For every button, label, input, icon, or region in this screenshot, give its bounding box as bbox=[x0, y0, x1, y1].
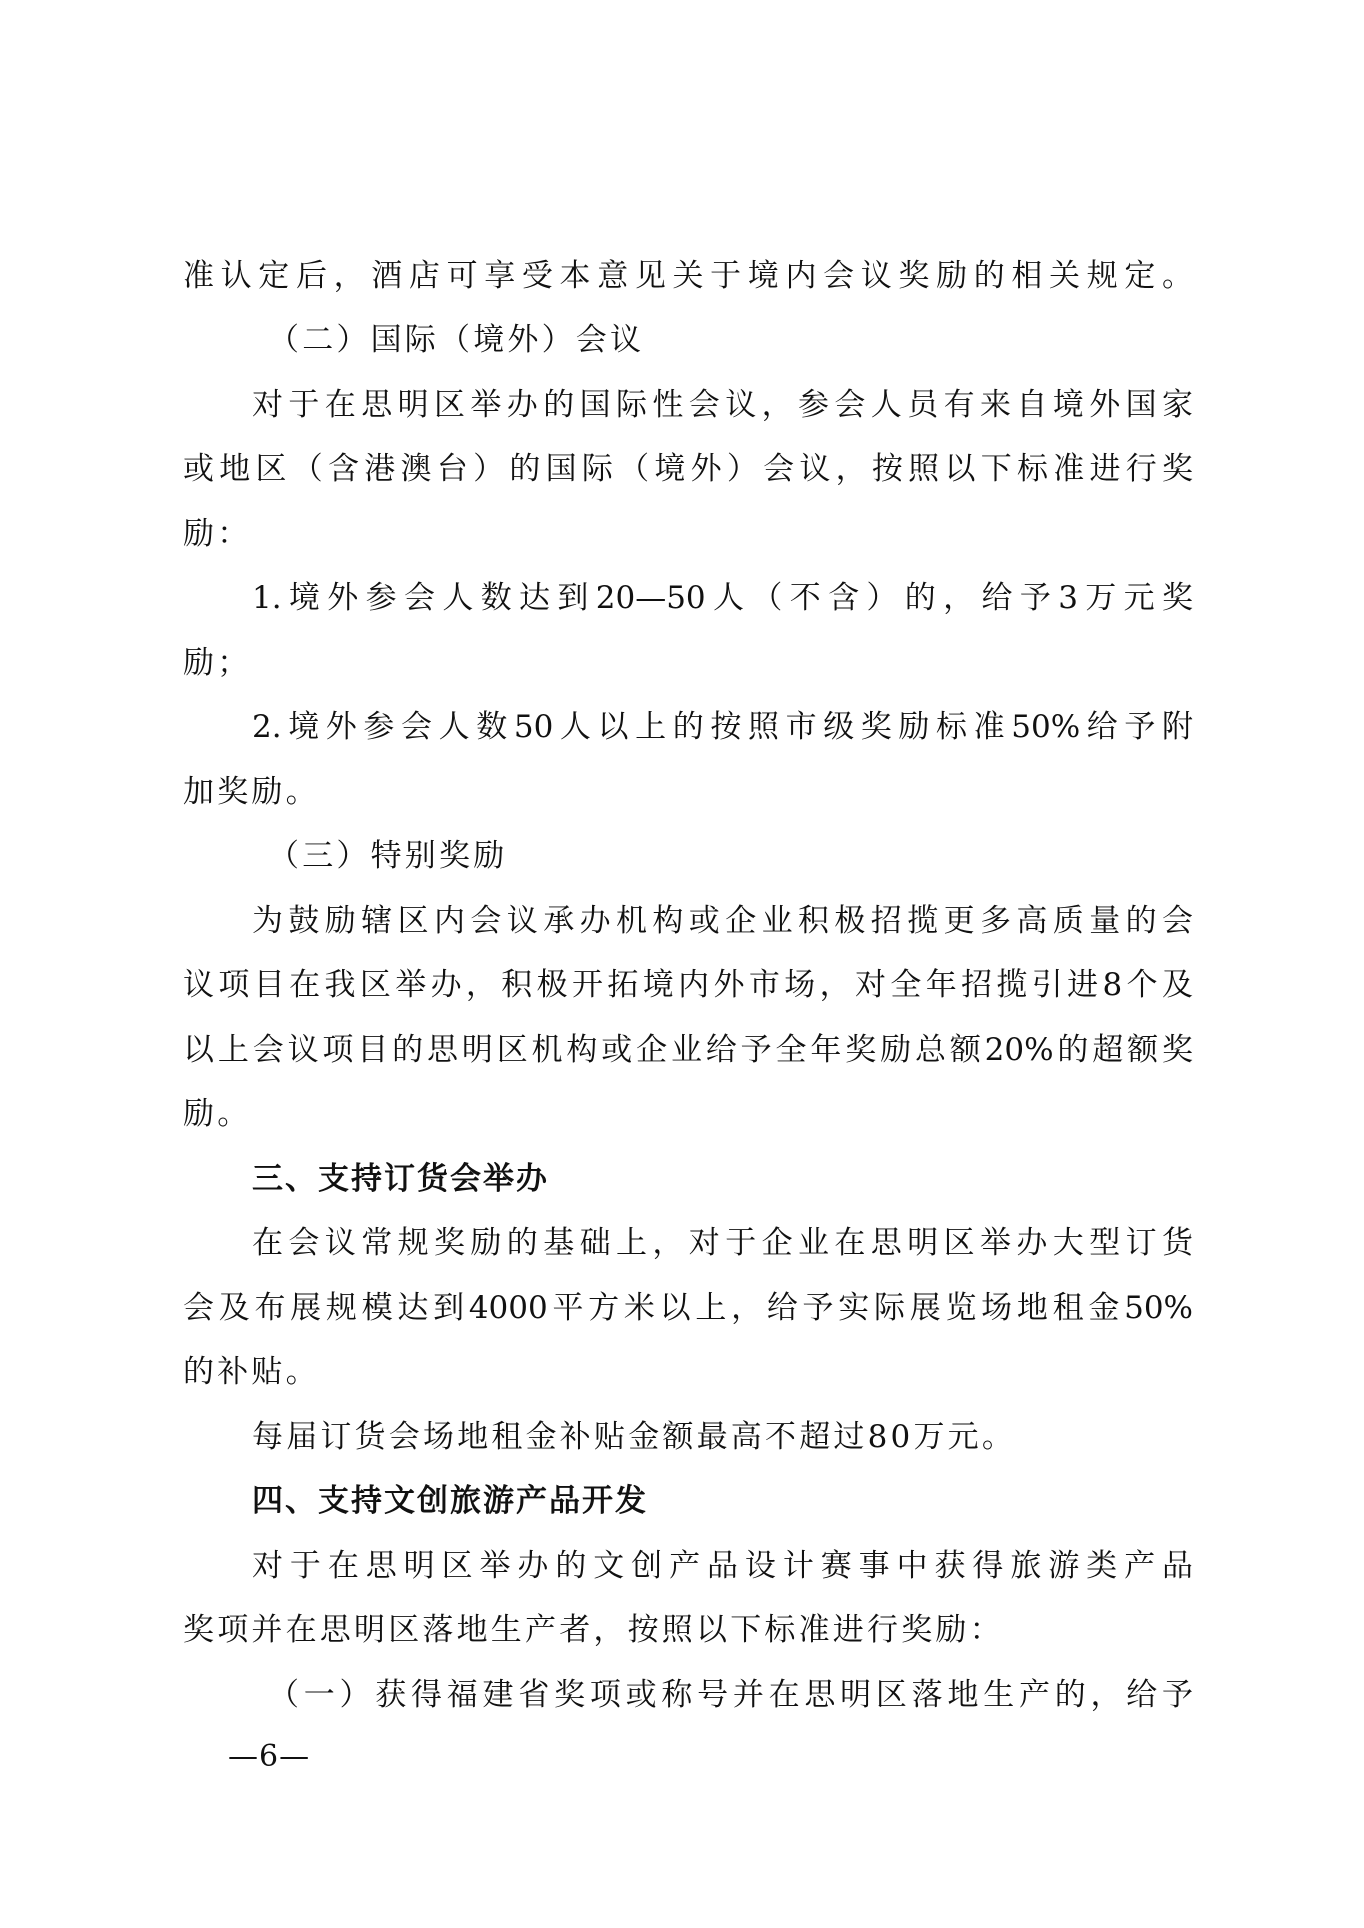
body-text-line: 励。 bbox=[183, 1094, 1193, 1134]
body-text-line: 励； bbox=[183, 643, 1193, 683]
section-heading-4: 四、支持文创旅游产品开发 bbox=[252, 1481, 1193, 1521]
body-text-line: 为鼓励辖区内会议承办机构或企业积极招揽更多高质量的会 bbox=[252, 901, 1193, 941]
body-text-line: 的补贴。 bbox=[183, 1352, 1193, 1392]
section-heading-3: 三、支持订货会举办 bbox=[252, 1159, 1193, 1199]
document-page: 准认定后，酒店可享受本意见关于境内会议奖励的相关规定。 （二）国际（境外）会议 … bbox=[0, 0, 1364, 1928]
body-text-line: 加奖励。 bbox=[183, 772, 1193, 812]
page-number: —6— bbox=[228, 1737, 310, 1777]
subheading-provincial-award: （一）获得福建省奖项或称号并在思明区落地生产的，给予 bbox=[268, 1675, 1193, 1715]
body-text-line: 在会议常规奖励的基础上，对于企业在思明区举办大型订货 bbox=[252, 1223, 1193, 1263]
body-text-line: 会及布展规模达到4000平方米以上，给予实际展览场地租金50% bbox=[183, 1288, 1193, 1328]
body-text-line: 每届订货会场地租金补贴金额最高不超过80万元。 bbox=[252, 1417, 1193, 1457]
body-text-line: 议项目在我区举办，积极开拓境内外市场，对全年招揽引进8个及 bbox=[183, 965, 1193, 1005]
list-item-2: 2.境外参会人数50人以上的按照市级奖励标准50%给予附 bbox=[252, 707, 1193, 747]
list-item-1: 1.境外参会人数达到20—50人（不含）的，给予3万元奖 bbox=[252, 578, 1193, 618]
body-text-line: 对于在思明区举办的文创产品设计赛事中获得旅游类产品 bbox=[252, 1546, 1193, 1586]
body-text-line: 准认定后，酒店可享受本意见关于境内会议奖励的相关规定。 bbox=[183, 256, 1193, 296]
subheading-special-reward: （三）特别奖励 bbox=[268, 836, 1278, 876]
body-text-line: 对于在思明区举办的国际性会议，参会人员有来自境外国家 bbox=[252, 385, 1193, 425]
subheading-international-meetings: （二）国际（境外）会议 bbox=[268, 320, 1278, 360]
body-text-line: 励： bbox=[183, 514, 1193, 554]
body-text-line: 以上会议项目的思明区机构或企业给予全年奖励总额20%的超额奖 bbox=[183, 1030, 1193, 1070]
body-text-line: 奖项并在思明区落地生产者，按照以下标准进行奖励： bbox=[183, 1610, 1193, 1650]
body-text-line: 或地区（含港澳台）的国际（境外）会议，按照以下标准进行奖 bbox=[183, 449, 1193, 489]
